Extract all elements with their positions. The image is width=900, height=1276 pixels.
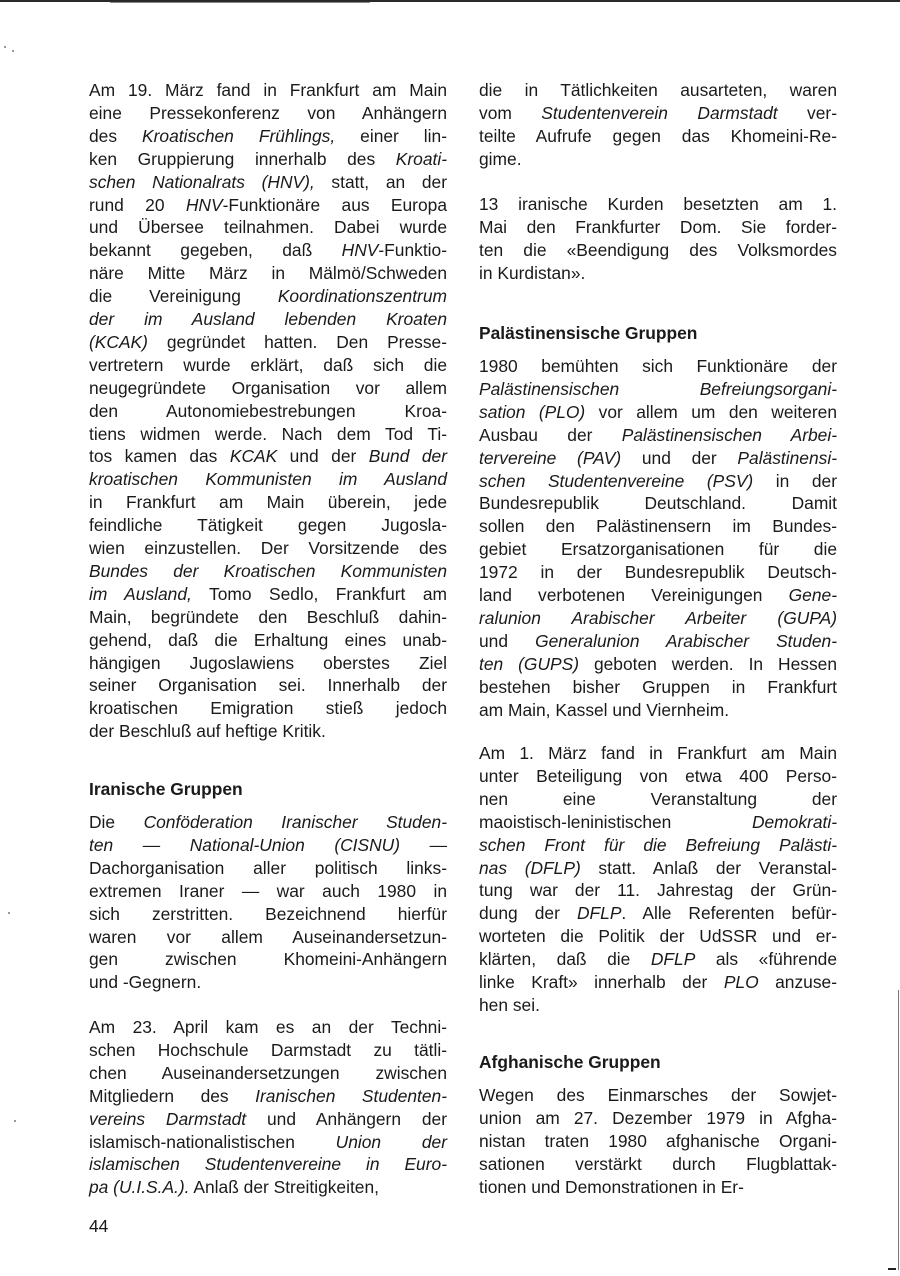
text-line: ten — National-Union (CISNU) — [89,834,447,857]
text-line: hängigen Jugoslawiens oberstes Ziel [89,652,447,675]
text-line: 1972 in der Bundesrepublik Deutsch- [479,561,837,584]
text-line: sollen den Palästinensern im Bundes- [479,515,837,538]
text-line: vom Studentenverein Darmstadt ver- [479,102,837,125]
text-line: gen zwischen Khomeini-Anhängern [89,948,447,971]
text-line: vereins Darmstadt und Anhängern der [89,1108,447,1131]
text-line: vertretern wurde erklärt, daß sich die [89,354,447,377]
text-line: feindliche Tätigkeit gegen Jugosla- [89,514,447,537]
text-line: Bundesrepublik Deutschland. Damit [479,492,837,515]
text-line: 1980 bemühten sich Funktionäre der [479,355,837,378]
text-line: der im Ausland lebenden Kroaten [89,308,447,331]
text-line: kroatischen Emigration stieß jedoch [89,697,447,720]
text-line: und Generalunion Arabischer Studen- [479,630,837,653]
text-line: sationen verstärkt durch Flugblattak- [479,1153,837,1176]
text-line: Main, begründete den Beschluß dahin- [89,606,447,629]
text-line: eine Pressekonferenz von Anhängern [89,102,447,125]
text-line: Dachorganisation aller politisch links- [89,857,447,880]
text-line: rund 20 HNV-Funktionäre aus Europa [89,194,447,217]
text-line: schen Nationalrats (HNV), statt, an der [89,171,447,194]
scan-speck [8,912,10,914]
text-line: Palästinensischen Befreiungsorgani- [479,378,837,401]
text-line: chen Auseinandersetzungen zwischen [89,1062,447,1085]
text-line: Wegen des Einmarsches der Sowjet- [479,1084,837,1107]
text-line: die Vereinigung Koordinationszentrum [89,285,447,308]
text-line: union am 27. Dezember 1979 in Afgha- [479,1107,837,1130]
text-line: der Beschluß auf heftige Kritik. [89,720,447,743]
text-line: bestehen bisher Gruppen in Frankfurt [479,676,837,699]
text-line: ten (GUPS) geboten werden. In Hessen [479,653,837,676]
scan-edge-mark [888,1268,896,1270]
text-line: Ausbau der Palästinensischen Arbei- [479,424,837,447]
text-line: seiner Organisation sei. Innerhalb der [89,674,447,697]
text-line: linke Kraft» innerhalb der PLO anzuse- [479,971,837,994]
section-heading-iranische-gruppen: Iranische Gruppen [89,778,243,801]
text-line: Am 1. März fand in Frankfurt am Main [479,742,837,765]
text-line: hen sei. [479,994,837,1017]
text-line: näre Mitte März in Mälmö/Schweden [89,262,447,285]
text-line: die in Tätlichkeiten ausarteten, waren [479,79,837,102]
text-line: tiens widmen werde. Nach dem Tod Ti- [89,423,447,446]
text-line: tionen und Demonstrationen in Er- [479,1176,837,1199]
text-line: islamisch-nationalistischen Union der [89,1131,447,1154]
scan-edge-right [898,990,899,1270]
text-line: in Frankfurt am Main überein, jede [89,491,447,514]
text-line: unter Beteiligung von etwa 400 Perso- [479,765,837,788]
section-heading-afghanische-gruppen: Afghanische Gruppen [479,1051,661,1074]
text-line: im Ausland, Tomo Sedlo, Frankfurt am [89,583,447,606]
text-line: gebiet Ersatzorganisationen für die [479,538,837,561]
text-line: nen eine Veranstaltung der [479,788,837,811]
text-line: maoistisch-leninistischen Demokrati- [479,811,837,834]
text-line: nistan traten 1980 afghanische Organi- [479,1130,837,1153]
text-line: sation (PLO) vor allem um den weiteren [479,401,837,424]
text-line: Bundes der Kroatischen Kommunisten [89,560,447,583]
text-line: 13 iranische Kurden besetzten am 1. [479,193,837,216]
text-line: kroatischen Kommunisten im Ausland [89,468,447,491]
text-line: tos kamen das KCAK und der Bund der [89,445,447,468]
text-line: schen Front für die Befreiung Palästi- [479,834,837,857]
text-line: klärten, daß die DFLP als «führende [479,948,837,971]
text-line: (KCAK) gegründet hatten. Den Presse- [89,331,447,354]
text-line: wien einzustellen. Der Vorsitzende des [89,537,447,560]
text-line: neugegründete Organisation vor allem [89,377,447,400]
scan-speck [4,46,6,48]
text-line: den Autonomiebestrebungen Kroa- [89,400,447,423]
text-line: schen Studentenvereine (PSV) in der [479,470,837,493]
text-line: schen Hochschule Darmstadt zu tätli- [89,1039,447,1062]
text-line: und -Gegnern. [89,971,447,994]
text-line: islamischen Studentenvereine in Euro- [89,1153,447,1176]
text-line: pa (U.I.S.A.). Anlaß der Streitigkeiten, [89,1176,447,1199]
text-line: des Kroatischen Frühlings, einer lin- [89,125,447,148]
text-line: gehend, daß die Erhaltung eines unab- [89,629,447,652]
section-heading-palaestinensische-gruppen: Palästinensische Gruppen [479,322,697,345]
scan-speck [12,50,14,52]
text-line: bekannt gegeben, daß HNV-Funktio- [89,239,447,262]
text-line: sich zerstritten. Bezeichnend hierfür [89,903,447,926]
text-line: tervereine (PAV) und der Palästinensi- [479,447,837,470]
text-line: Mitgliedern des Iranischen Studenten- [89,1085,447,1108]
text-line: worteten die Politik der UdSSR und er- [479,925,837,948]
text-line: Am 19. März fand in Frankfurt am Main [89,79,447,102]
text-line: Am 23. April kam es an der Techni- [89,1016,447,1039]
text-line: dung der DFLP. Alle Referenten befür- [479,902,837,925]
text-line: land verbotenen Vereinigungen Gene- [479,584,837,607]
text-line: in Kurdistan». [479,262,837,285]
text-line: tung war der 11. Jahrestag der Grün- [479,879,837,902]
text-line: ken Gruppierung innerhalb des Kroati- [89,148,447,171]
scan-edge-top-shadow [110,2,370,3]
text-line: Mai den Frankfurter Dom. Sie forder- [479,216,837,239]
scan-speck [14,1120,16,1122]
text-line: waren vor allem Auseinandersetzun- [89,926,447,949]
text-line: Die Conföderation Iranischer Studen- [89,811,447,834]
text-line: teilte Aufrufe gegen das Khomeini-Re- [479,125,837,148]
text-line: ten die «Beendigung des Volksmordes [479,239,837,262]
text-line: gime. [479,148,837,171]
text-line: nas (DFLP) statt. Anlaß der Veranstal- [479,857,837,880]
text-line: am Main, Kassel und Viernheim. [479,699,837,722]
text-line: extremen Iraner — war auch 1980 in [89,880,447,903]
text-line: ralunion Arabischer Arbeiter (GUPA) [479,607,837,630]
page-number: 44 [89,1215,108,1238]
text-line: und Übersee teilnahmen. Dabei wurde [89,216,447,239]
